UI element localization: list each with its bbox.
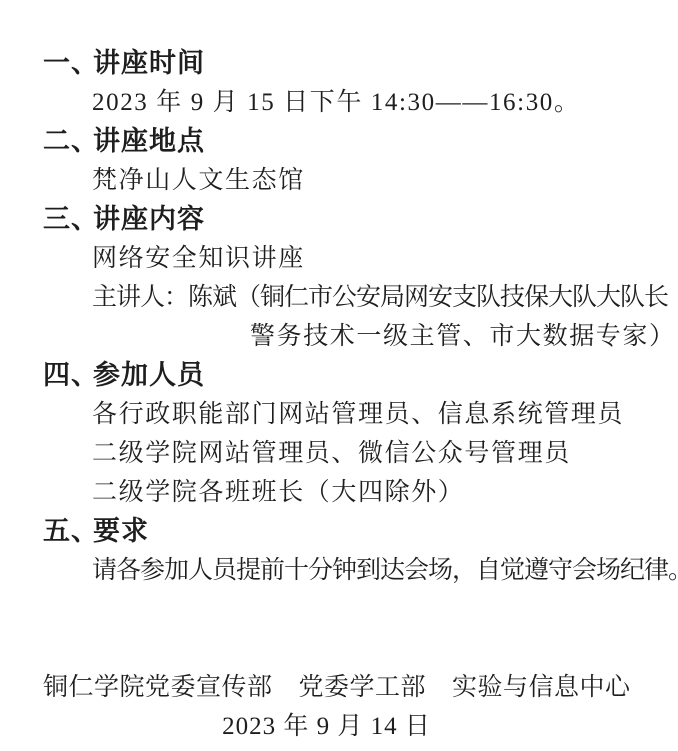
blank-space (43, 590, 650, 668)
section-3-number: 三、 (43, 200, 93, 239)
section-2-heading: 二、 讲座地点 (43, 122, 650, 161)
issue-date: 2023 年 9 月 14 日 (43, 707, 610, 746)
section-4-title: 参加人员 (93, 356, 205, 395)
lecture-topic-value: 网络安全知识讲座 (92, 239, 650, 278)
issuing-departments: 铜仁学院党委宣传部 党委学工部 实验与信息中心 (43, 668, 610, 707)
section-1-number: 一、 (43, 44, 93, 83)
section-3-title: 讲座内容 (93, 200, 205, 239)
section-5-heading: 五、 要求 (43, 512, 650, 551)
section-5-title: 要求 (93, 512, 149, 551)
issuing-department-1: 铜仁学院党委宣传部 (43, 668, 273, 707)
speaker-line: 主讲人：陈斌（铜仁市公安局网安支队技保大队大队长 (92, 278, 650, 317)
section-3-heading: 三、 讲座内容 (43, 200, 650, 239)
requirement-line: 请各参加人员提前十分钟到达会场，自觉遵守会场纪律。 (92, 551, 650, 590)
signature-block: 铜仁学院党委宣传部 党委学工部 实验与信息中心 2023 年 9 月 14 日 (43, 668, 610, 746)
participants-line-1: 各行政职能部门网站管理员、信息系统管理员 (92, 395, 650, 434)
section-5-number: 五、 (43, 512, 93, 551)
section-1-heading: 一、 讲座时间 (43, 44, 650, 83)
section-4-heading: 四、 参加人员 (43, 356, 650, 395)
section-1-title: 讲座时间 (93, 44, 205, 83)
issuing-department-3: 实验与信息中心 (452, 668, 631, 707)
participants-line-2: 二级学院网站管理员、微信公众号管理员 (92, 434, 650, 473)
participants-line-3: 二级学院各班班长（大四除外） (92, 473, 650, 512)
section-4-number: 四、 (43, 356, 93, 395)
issuing-department-2: 党委学工部 (299, 668, 427, 707)
notice-document: 一、 讲座时间 2023 年 9 月 15 日下午 14:30——16:30。 … (0, 0, 678, 751)
lecture-venue-value: 梵净山人文生态馆 (92, 161, 650, 200)
speaker-line-continued: 警务技术一级主管、市大数据专家） (250, 317, 650, 356)
lecture-time-value: 2023 年 9 月 15 日下午 14:30——16:30。 (92, 83, 650, 122)
section-2-number: 二、 (43, 122, 93, 161)
section-2-title: 讲座地点 (93, 122, 205, 161)
